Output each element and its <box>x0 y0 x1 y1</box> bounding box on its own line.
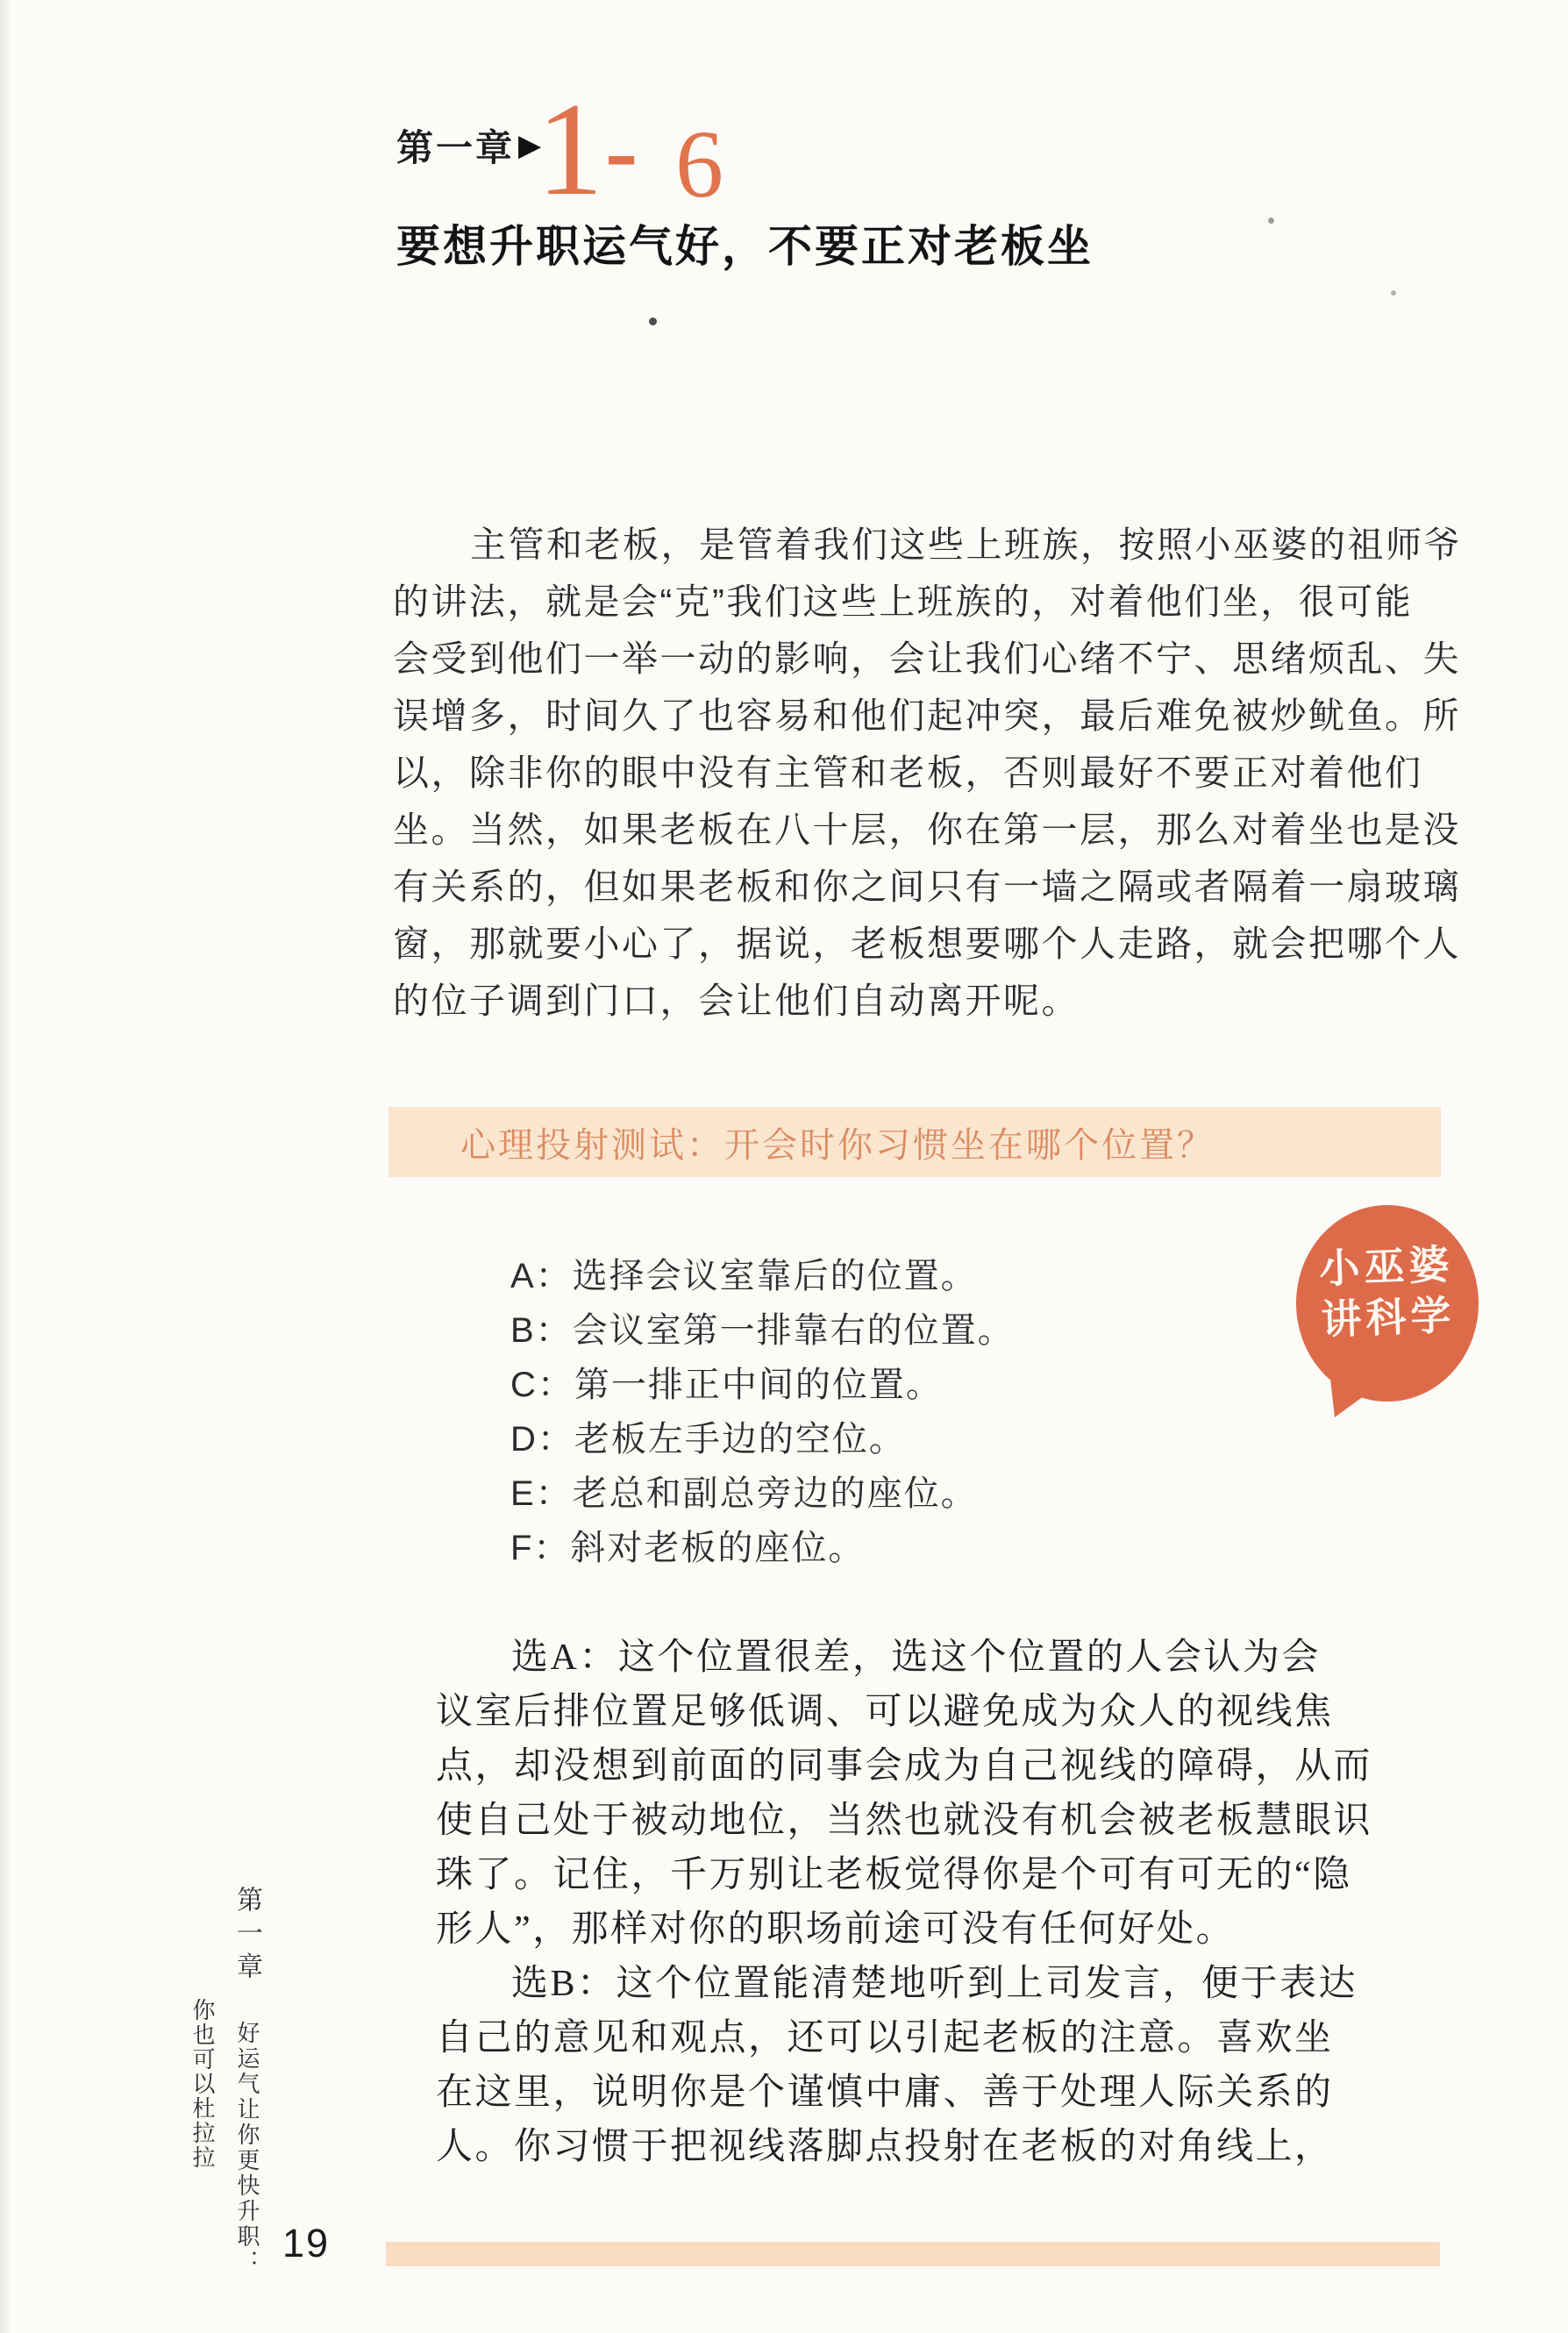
intro-line: 主管和老板，是管着我们这些上班族，按照小巫婆的祖师爷 <box>393 517 1472 574</box>
analysis-line: 选B：这个位置能清楚地听到上司发言，便于表达 <box>436 1957 1372 2011</box>
intro-paragraph: 主管和老板，是管着我们这些上班族，按照小巫婆的祖师爷 的讲法，就是会“克”我们这… <box>393 517 1472 1030</box>
badge-text-line1: 小巫婆 <box>1293 1238 1480 1295</box>
scan-speck <box>1391 290 1396 296</box>
quiz-banner-title: 心理投射测试：开会时你习惯坐在哪个位置？ <box>460 1117 1215 1167</box>
analysis-line: 点，却没想到前面的同事会成为自己视线的障碍，从而 <box>436 1739 1372 1794</box>
analysis-line: 人。你习惯于把视线落脚点投射在老板的对角线上， <box>436 2120 1372 2174</box>
scan-edge-shadow <box>0 0 12 2333</box>
quiz-option: D：老板左手边的空位。 <box>510 1412 1015 1466</box>
badge-text-line2: 讲科学 <box>1294 1289 1482 1346</box>
page-number: 19 <box>282 2221 330 2266</box>
analysis-line: 珠了。记住，千万别让老板觉得你是个可有可无的“隐 <box>436 1848 1372 1902</box>
intro-line: 以，除非你的眼中没有主管和老板，否则最好不要正对着他们 <box>393 745 1472 802</box>
analysis-paragraphs: 选A：这个位置很差，选这个位置的人会认为会 议室后排位置足够低调、可以避免成为众… <box>436 1630 1372 2174</box>
sidebar-book-title: 好运气让你更快升职： <box>231 2021 263 2275</box>
sidebar-vertical-caption: 第一章 好运气让你更快升职： 你也可以杜拉拉 <box>186 1886 266 2298</box>
analysis-line: 形人”，那样对你的职场前途可没有任何好处。 <box>436 1902 1372 1957</box>
intro-line: 会受到他们一举一动的影响，会让我们心绪不宁、思绪烦乱、失 <box>393 631 1472 688</box>
intro-line: 的讲法，就是会“克”我们这些上班族的，对着他们坐，很可能 <box>393 574 1472 631</box>
quiz-option: A：选择会议室靠后的位置。 <box>510 1249 1015 1303</box>
sidebar-book-subtitle: 你也可以杜拉拉 <box>186 1886 218 2298</box>
scan-speck <box>1268 218 1274 224</box>
section-number-small: 6 <box>675 116 723 212</box>
intro-line: 误增多，时间久了也容易和他们起冲突，最后难免被炒鱿鱼。所 <box>393 688 1472 745</box>
section-number-dash: - <box>605 102 638 200</box>
intro-line: 窗，那就要小心了，据说，老板想要哪个人走路，就会把哪个人 <box>393 916 1472 973</box>
intro-line: 有关系的，但如果老板和你之间只有一墙之隔或者隔着一扇玻璃 <box>393 859 1472 916</box>
analysis-line: 使自己处于被动地位，当然也就没有机会被老板慧眼识 <box>436 1794 1372 1848</box>
speech-bubble-badge: 小巫婆 讲科学 <box>1291 1200 1486 1428</box>
book-page: 第一章 ▶ 1 - 6 要想升职运气好，不要正对老板坐 主管和老板，是管着我们这… <box>0 0 1568 2333</box>
analysis-line: 自己的意见和观点，还可以引起老板的注意。喜欢坐 <box>436 2011 1372 2065</box>
quiz-option: E：老总和副总旁边的座位。 <box>510 1466 1015 1521</box>
quiz-option: C：第一排正中间的位置。 <box>510 1358 1015 1412</box>
intro-line: 坐。当然，如果老板在八十层，你在第一层，那么对着坐也是没 <box>393 802 1472 859</box>
quiz-option: B：会议室第一排靠右的位置。 <box>510 1303 1015 1358</box>
scan-speck <box>649 317 657 325</box>
sidebar-chapter: 第一章 <box>232 1886 261 1986</box>
intro-line: 的位子调到门口，会让他们自动离开呢。 <box>393 973 1472 1030</box>
quiz-option: F：斜对老板的座位。 <box>510 1521 1015 1575</box>
footer-decoration-bar <box>386 2242 1440 2266</box>
quiz-options-list: A：选择会议室靠后的位置。 B：会议室第一排靠右的位置。 C：第一排正中间的位置… <box>510 1249 1015 1575</box>
chapter-marker-label: 第一章 <box>396 119 515 172</box>
analysis-line: 在这里，说明你是个谨慎中庸、善于处理人际关系的 <box>436 2065 1372 2120</box>
page-title: 要想升职运气好，不要正对老板坐 <box>396 211 1094 275</box>
badge-text: 小巫婆 讲科学 <box>1293 1238 1482 1346</box>
analysis-line: 选A：这个位置很差，选这个位置的人会认为会 <box>436 1630 1372 1685</box>
sidebar-column-main: 第一章 好运气让你更快升职： <box>227 1886 266 2298</box>
section-number-big: 1 <box>537 82 603 216</box>
analysis-line: 议室后排位置足够低调、可以避免成为众人的视线焦 <box>436 1685 1372 1739</box>
quiz-banner: 心理投射测试：开会时你习惯坐在哪个位置？ <box>388 1107 1441 1177</box>
chapter-marker: 第一章 ▶ <box>396 119 544 172</box>
